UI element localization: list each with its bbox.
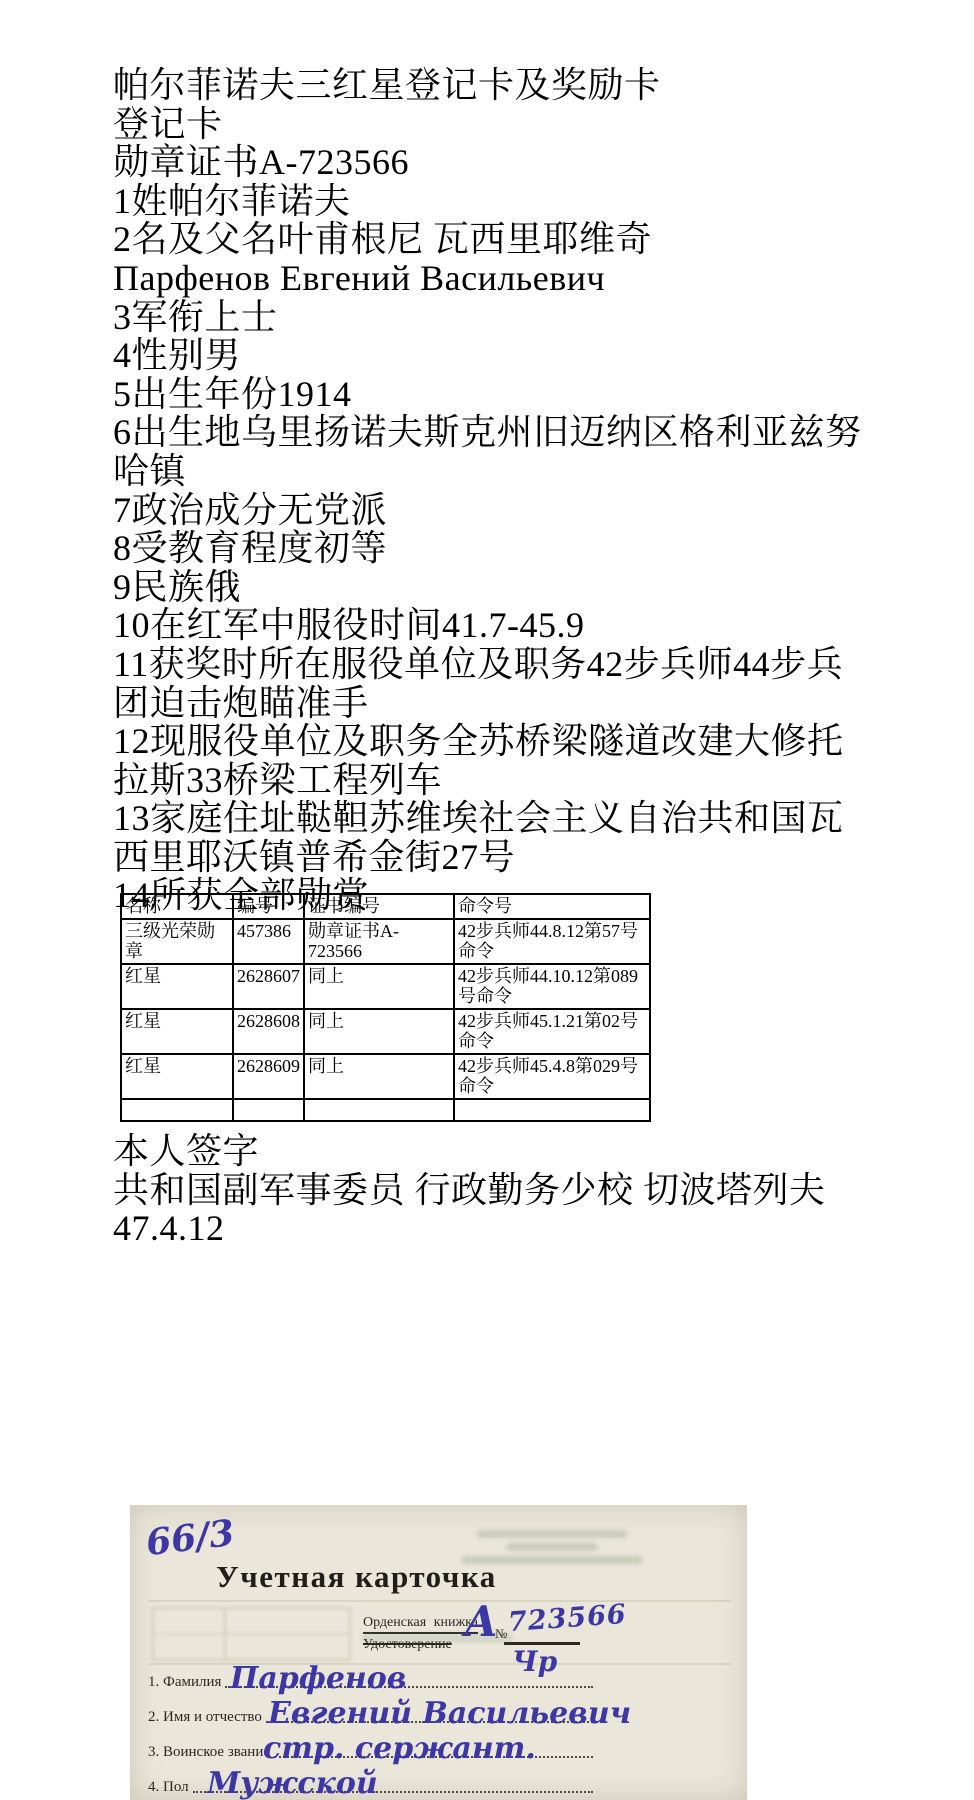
table-cell: 42步兵师45.1.21第02号 命令	[454, 1009, 650, 1054]
signature-block: 本人签字共和国副军事委员 行政勤务少校 切波塔列夫47.4.12	[113, 1132, 826, 1248]
footer-line: 本人签字	[113, 1132, 826, 1171]
table-cell: 三级光荣勋章	[121, 919, 233, 964]
bleedthrough-table	[152, 1607, 351, 1661]
card-field-value-handwritten: Евгений Васильевич	[268, 1696, 631, 1731]
table-cell: 42步兵师45.4.8第029号 命令	[454, 1054, 650, 1099]
footer-line: 共和国副军事委员 行政勤务少校 切波塔列夫	[113, 1171, 826, 1210]
document-line: 拉斯33桥梁工程列车	[113, 761, 958, 800]
archival-corner-note: 66/3	[144, 1512, 237, 1564]
document-line: 3军衔上士	[113, 298, 958, 337]
card-field-label: 1. Фамилия	[148, 1674, 225, 1691]
awards-table-head: 名称编号证书编号命令号	[121, 894, 650, 919]
card-title: Учетная карточка	[216, 1559, 497, 1595]
document-line: 9民族俄	[113, 568, 958, 607]
document-line: 1姓帕尔菲诺夫	[113, 182, 958, 221]
card-field-row: 3. Воинское званиестр. сержант.	[148, 1741, 593, 1761]
document-line: 登记卡	[113, 105, 958, 144]
document-line: 11获奖时所在服役单位及职务42步兵师44步兵	[113, 645, 958, 684]
table-row: 红星2628608同上42步兵师45.1.21第02号 命令	[121, 1009, 650, 1054]
table-header-cell: 名称	[121, 894, 233, 919]
table-cell: 红星	[121, 1009, 233, 1054]
document-line: 10在红军中服役时间41.7-45.9	[113, 606, 958, 645]
table-cell: 红星	[121, 1054, 233, 1099]
awards-table: 名称编号证书编号命令号 三级光荣勋章457386勋章证书A-72356642步兵…	[120, 893, 651, 1122]
card-field-row: 1. ФамилияПарфенов	[148, 1671, 593, 1691]
table-cell	[121, 1099, 233, 1121]
table-cell: 同上	[304, 964, 454, 1009]
table-cell: 457386	[233, 919, 304, 964]
book-number-handwritten: 723566	[507, 1599, 628, 1638]
table-cell: 2628608	[233, 1009, 304, 1054]
card-field-label: 2. Имя и отчество	[148, 1709, 266, 1726]
document-line: 帕尔菲诺夫三红星登记卡及奖励卡	[113, 66, 958, 105]
number-sign: №	[495, 1626, 507, 1642]
table-cell: 2628607	[233, 964, 304, 1009]
card-field-row: 2. Имя и отчествоЕвгений Васильевич	[148, 1706, 593, 1726]
table-header-cell: 编号	[233, 894, 304, 919]
document-line: 4性别男	[113, 336, 958, 375]
card-field-row: 4. ПолМужской	[148, 1776, 593, 1796]
document-line: 团迫击炮瞄准手	[113, 684, 958, 723]
table-row	[121, 1099, 650, 1121]
document-line: 6出生地乌里扬诺夫斯克州旧迈纳区格利亚兹努	[113, 413, 958, 452]
document-page: 帕尔菲诺夫三红星登记卡及奖励卡登记卡勋章证书A-7235661姓帕尔菲诺夫2名及…	[0, 0, 974, 1800]
awards-table-body: 三级光荣勋章457386勋章证书A-72356642步兵师44.8.12第57号…	[121, 919, 650, 1121]
table-header-cell: 命令号	[454, 894, 650, 919]
table-row: 红星2628609同上42步兵师45.4.8第029号 命令	[121, 1054, 650, 1099]
table-header-row: 名称编号证书编号命令号	[121, 894, 650, 919]
document-line: 勋章证书A-723566	[113, 143, 958, 182]
table-cell	[233, 1099, 304, 1121]
card-field-label: 4. Пол	[148, 1779, 193, 1796]
footer-line: 47.4.12	[113, 1209, 826, 1248]
translated-text-block: 帕尔菲诺夫三红星登记卡及奖励卡登记卡勋章证书A-7235661姓帕尔菲诺夫2名及…	[113, 66, 958, 915]
document-line: 哈镇	[113, 452, 958, 491]
card-field-value-handwritten: стр. сержант.	[263, 1731, 536, 1766]
table-header-cell: 证书编号	[304, 894, 454, 919]
certificate-label-struck: Удостоверение	[363, 1637, 452, 1653]
table-cell	[304, 1099, 454, 1121]
document-line: 5出生年份1914	[113, 375, 958, 414]
table-cell	[454, 1099, 650, 1121]
card-field-label: 3. Воинское звание	[148, 1744, 274, 1761]
scanned-card-image: 66/3 Учетная карточка Орденская книжка У…	[130, 1505, 747, 1800]
document-line: 8受教育程度初等	[113, 529, 958, 568]
table-cell: 同上	[304, 1054, 454, 1099]
table-cell: 同上	[304, 1009, 454, 1054]
series-letter-handwritten: А	[464, 1597, 498, 1646]
document-line: 13家庭住址鞑靼苏维埃社会主义自治共和国瓦	[113, 799, 958, 838]
faint-rule	[148, 1600, 731, 1602]
table-cell: 42步兵师44.10.12第089 号命令	[454, 964, 650, 1009]
table-row: 红星2628607同上42步兵师44.10.12第089 号命令	[121, 964, 650, 1009]
table-cell: 勋章证书A-723566	[304, 919, 454, 964]
document-line: 7政治成分无党派	[113, 491, 958, 530]
table-cell: 2628609	[233, 1054, 304, 1099]
table-cell: 红星	[121, 964, 233, 1009]
document-line: 2名及父名叶甫根尼 瓦西里耶维奇	[113, 220, 958, 259]
document-line: 西里耶沃镇普希金街27号	[113, 838, 958, 877]
document-line: 12现服役单位及职务全苏桥梁隧道改建大修托	[113, 722, 958, 761]
card-field-value-handwritten: Парфенов	[230, 1661, 406, 1696]
order-book-label: Орденская книжка	[363, 1615, 478, 1634]
card-field-value-handwritten: Мужской	[207, 1766, 378, 1800]
document-line: Парфенов Евгений Васильевич	[113, 259, 958, 298]
table-row: 三级光荣勋章457386勋章证书A-72356642步兵师44.8.12第57号…	[121, 919, 650, 964]
table-cell: 42步兵师44.8.12第57号 命令	[454, 919, 650, 964]
